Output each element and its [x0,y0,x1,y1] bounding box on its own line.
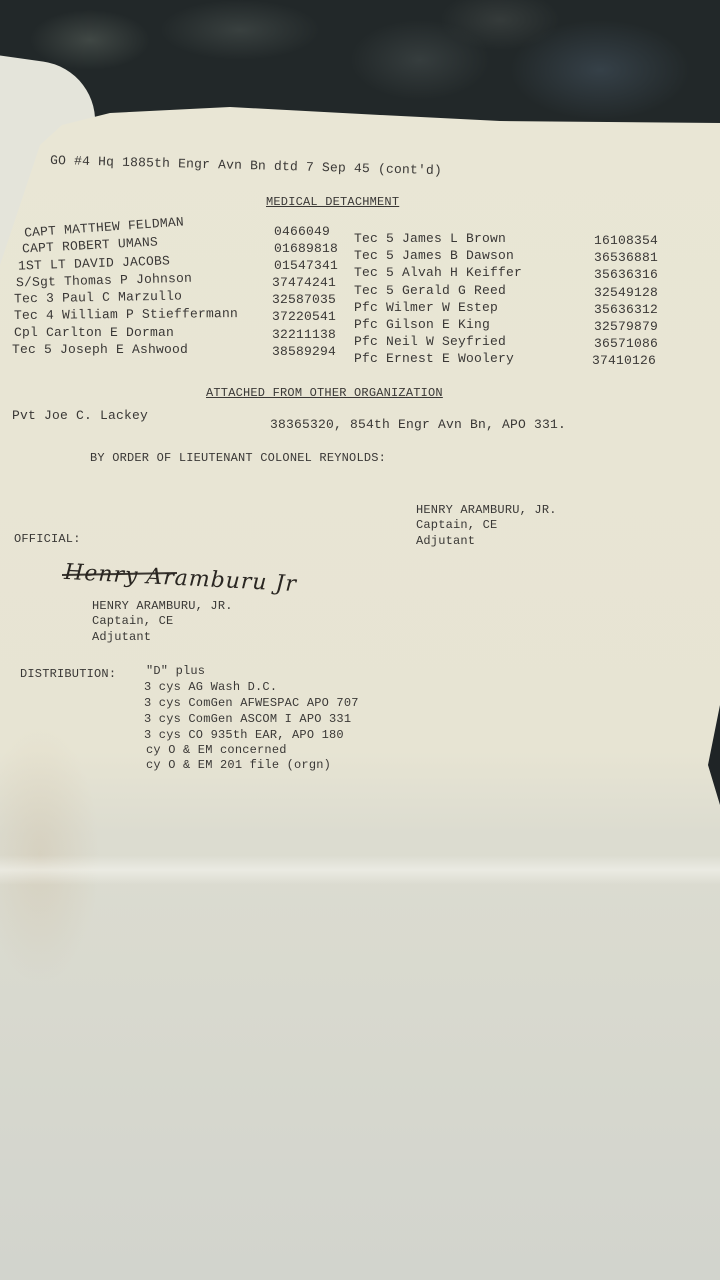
medical-left-serial-3: 37474241 [272,275,336,290]
medical-right-serial-4: 35636312 [594,302,658,317]
distribution-item-5: cy O & EM concerned [146,743,287,757]
medical-right-name-4: Pfc Wilmer W Estep [354,300,498,315]
section-title-medical: MEDICAL DETACHMENT [266,195,399,209]
medical-left-serial-2: 01547341 [274,258,338,273]
signer-rank: Captain, CE [416,518,497,532]
official-rank: Captain, CE [92,614,173,628]
medical-right-name-5: Pfc Gilson E King [354,317,490,332]
medical-left-name-5: Tec 4 William P Stieffermann [14,306,238,323]
distribution-item-6: cy O & EM 201 file (orgn) [146,758,331,772]
distribution-label: DISTRIBUTION: [20,667,116,681]
paper-fold [0,855,720,885]
attached-detail: 38365320, 854th Engr Avn Bn, APO 331. [270,417,566,432]
distribution-item-4: 3 cys CO 935th EAR, APO 180 [144,728,344,742]
official-title: Adjutant [92,630,151,644]
medical-left-serial-4: 32587035 [272,292,336,307]
medical-right-name-3: Tec 5 Gerald G Reed [354,283,506,298]
medical-right-serial-1: 36536881 [594,250,658,265]
section-title-attached: ATTACHED FROM OTHER ORGANIZATION [206,386,443,400]
medical-left-name-7: Tec 5 Joseph E Ashwood [12,342,188,357]
medical-right-serial-2: 35636316 [594,267,658,282]
medical-right-serial-0: 16108354 [594,233,658,248]
official-name: HENRY ARAMBURU, JR. [92,599,233,613]
official-label: OFFICIAL: [14,532,81,546]
medical-left-serial-1: 01689818 [274,241,338,256]
medical-left-serial-6: 32211138 [272,327,336,342]
medical-left-serial-5: 37220541 [272,309,336,324]
medical-left-name-6: Cpl Carlton E Dorman [14,325,174,340]
medical-right-serial-5: 32579879 [594,319,658,334]
distribution-item-2: 3 cys ComGen AFWESPAC APO 707 [144,696,359,710]
signer-name: HENRY ARAMBURU, JR. [416,503,557,517]
signer-title: Adjutant [416,534,475,548]
medical-right-serial-3: 32549128 [594,285,658,300]
order-line: BY ORDER OF LIEUTENANT COLONEL REYNOLDS: [90,451,386,465]
medical-left-name-4: Tec 3 Paul C Marzullo [14,289,182,307]
medical-right-name-0: Tec 5 James L Brown [354,231,506,246]
medical-right-serial-7: 37410126 [592,353,656,368]
medical-right-name-7: Pfc Ernest E Woolery [354,351,514,366]
medical-right-name-1: Tec 5 James B Dawson [354,248,514,263]
medical-right-name-2: Tec 5 Alvah H Keiffer [354,265,522,280]
attached-name: Pvt Joe C. Lackey [12,408,148,423]
medical-left-serial-7: 38589294 [272,344,336,359]
medical-left-serial-0: 0466049 [274,224,330,239]
medical-right-serial-6: 36571086 [594,336,658,351]
distribution-item-0: "D" plus [146,664,205,678]
distribution-item-3: 3 cys ComGen ASCOM I APO 331 [144,712,351,726]
distribution-item-1: 3 cys AG Wash D.C. [144,680,277,694]
medical-right-name-6: Pfc Neil W Seyfried [354,334,506,349]
